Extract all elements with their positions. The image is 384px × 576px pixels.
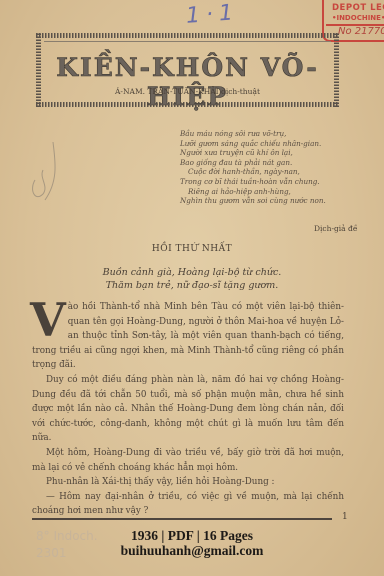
poem-line: Nghìn thu gươm vẫn soi cùng nước non. — [180, 196, 326, 206]
chapter-subtitle: Buồn cảnh già, Hoàng lại-bộ từ chức. Thă… — [0, 266, 384, 292]
chapter-heading: HỒI THỨ NHẤT — [0, 244, 384, 254]
page-number: 1 — [342, 512, 348, 522]
title-frame-inner-rule — [44, 41, 331, 42]
subtitle-line: Thăm bạn trẻ, nữ đạo-sĩ tặng gươm. — [0, 279, 384, 292]
poem-line: Bao giống đau tà phải nát gan. — [180, 158, 326, 168]
footer-rule — [32, 518, 332, 520]
stamp-number: No 21770 — [338, 26, 384, 37]
paragraph: Duy có một điều đáng phàn nàn là, năm đó… — [32, 373, 344, 446]
poem-line: Lưỡi gươm sáng quắc chiếu nhân-gian. — [180, 139, 326, 149]
poem-line: Bầu máu nóng sôi rưa võ-trụ, — [180, 129, 326, 139]
footer-credit: 1936 | PDF | 16 Pages buihuuhanh@gmail.c… — [0, 528, 384, 558]
title-frame: KIỀN-KHÔN VÕ-HIỆP Á-NAM. TRẦN-TUẤN-KHẢI … — [31, 28, 344, 112]
paragraph: Một hôm, Hoàng-Dung đi vào triều về, bấy… — [32, 446, 344, 475]
poem-line: Riêng ai hảo-hiệp anh-hùng, — [180, 187, 326, 197]
footer-email: buihuuhanh@gmail.com — [0, 543, 384, 558]
stamp-line-1: DEPOT LEGAL — [332, 3, 384, 13]
poem-line: Cuộc đời hanh-thần, ngày-nan, — [180, 167, 326, 177]
handwritten-page-number: 1·1 — [185, 0, 240, 29]
pencil-scribble-icon — [25, 140, 65, 210]
paragraph: — Hôm nay đại-nhân ở triều, có việc gì v… — [32, 490, 344, 519]
paragraph: Phu-nhân là Xái-thị thấy vậy, liền hỏi H… — [32, 475, 344, 490]
footer-meta: 1936 | PDF | 16 Pages — [0, 528, 384, 543]
translator-byline: Á-NAM. TRẦN-TUẤN-KHẢI dịch-thuật — [36, 87, 339, 96]
poem-line: Người xưa truyện cũ khí ôn lại, — [180, 148, 326, 158]
poem-signature: Dịch-giả đề — [314, 224, 357, 233]
subtitle-line: Buồn cảnh già, Hoàng lại-bộ từ chức. — [0, 266, 384, 279]
body-text: Vào hồi Thành-tổ nhà Minh bên Tàu có một… — [32, 300, 344, 519]
stamp-line-2: •INDOCHINE• — [332, 14, 384, 22]
book-title: KIỀN-KHÔN VÕ-HIỆP — [36, 53, 339, 111]
paragraph-text: ào hồi Thành-tổ nhà Minh bên Tàu có một … — [32, 302, 344, 370]
epigraph-poem: Bầu máu nóng sôi rưa võ-trụ, Lưỡi gươm s… — [180, 129, 326, 206]
poem-line: Trong cơ bĩ thái tuần-hoàn vẫn chung. — [180, 177, 326, 187]
drop-cap: V — [30, 300, 66, 340]
paragraph: Vào hồi Thành-tổ nhà Minh bên Tàu có một… — [32, 300, 344, 373]
